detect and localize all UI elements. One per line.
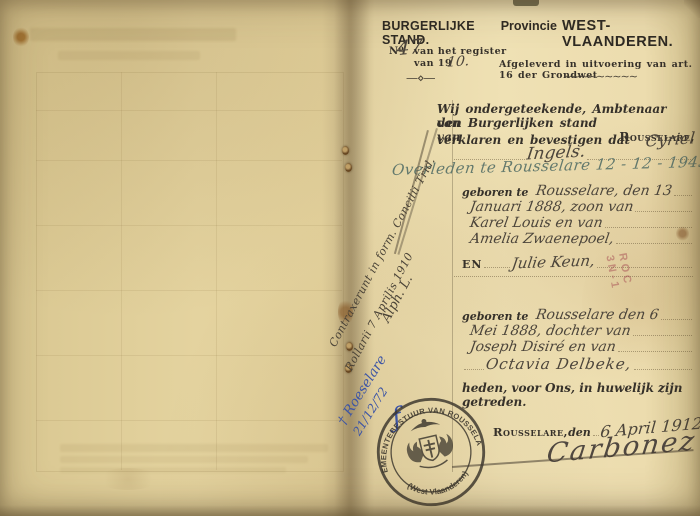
seal-bottom-text: (West Vlaanderen) <box>404 468 473 503</box>
bleedthrough-table-hline <box>36 225 342 226</box>
closing-row: heden, voor Ons, in huwelijk zijn getred… <box>462 381 692 409</box>
dotted-line <box>674 195 692 196</box>
blank-dotted-row <box>452 276 695 280</box>
bleedthrough-subtitle <box>58 51 200 60</box>
dotted-line <box>634 369 692 370</box>
bride-born-place: Rousselare den 6 <box>535 307 660 323</box>
bleedthrough-table-hline <box>36 110 342 111</box>
dotted-line <box>616 243 692 244</box>
bride-born-date-row: Mei 1888, dochter van <box>470 323 694 339</box>
bride-name: Julie Keun, <box>511 252 597 273</box>
svg-text:(West Vlaanderen): (West Vlaanderen) <box>404 468 473 503</box>
born-label: geboren te <box>462 186 528 199</box>
dotted-line <box>633 335 692 336</box>
bleedthrough-bottom-text <box>60 444 328 452</box>
bride-mother-row: Octavia Delbeke, <box>462 355 694 373</box>
bleedthrough-table-vline <box>216 72 217 470</box>
bride-born-date: Mei 1888, dochter van <box>469 323 632 339</box>
bleedthrough-table-frame <box>36 72 344 472</box>
binding-eyelet <box>342 146 349 155</box>
death-annotation-text: Overleden te Rousselare 12 - 12 - 1945 <box>391 153 700 179</box>
bottom-paper-edge <box>0 505 700 516</box>
groom-mother-row: Amelia Zwaenepoel, <box>470 231 694 247</box>
seal-coat-of-arms <box>401 414 457 472</box>
groom-mother-name: Amelia Zwaenepoel, <box>469 231 615 247</box>
closing-text: heden, voor Ons, in huwelijk zijn getred… <box>462 381 692 409</box>
bleedthrough-table-vline <box>121 72 122 470</box>
groom-father-name: Karel Louis en van <box>469 215 604 231</box>
bride-father-row: Joseph Disiré en van <box>470 339 694 355</box>
groom-father-row: Karel Louis en van <box>470 215 694 231</box>
page-fold-shadow <box>334 0 370 516</box>
bride-born-row: geboren te Rousselare den 6 <box>462 307 694 323</box>
ornament-dash: —⋄— <box>406 71 435 85</box>
groom-born-date-row: Januari 1888, zoon van <box>470 199 694 215</box>
bleedthrough-title <box>30 28 236 41</box>
corner-notch <box>684 0 700 18</box>
top-tab <box>513 0 539 6</box>
groom-born-row: geboren te Rousselare, den 13 <box>462 183 694 199</box>
dotted-line <box>661 319 692 320</box>
bleedthrough-table-hline <box>36 290 342 291</box>
born-label: geboren te <box>462 310 528 323</box>
groom-born-date: Januari 1888, zoon van <box>469 199 635 215</box>
and-label: EN <box>462 258 482 271</box>
scanned-certificate-photo: BURGERLIJKE STAND. Provincie WEST-VLAAND… <box>0 0 700 516</box>
bride-mother-name: Octavia Delbeke, <box>485 355 633 373</box>
bride-father-name: Joseph Disiré en van <box>469 339 617 355</box>
bleedthrough-table-hline <box>36 355 342 356</box>
death-annotation-groom: Overleden te Rousselare 12 - 12 - 1945 <box>392 152 696 179</box>
register-year-value: 10. <box>446 53 470 71</box>
pen-stroke <box>397 128 437 255</box>
rust-stain <box>13 27 29 47</box>
groom-born-place: Rousselare, den 13 <box>535 183 673 199</box>
province-name: WEST-VLAANDEREN. <box>562 18 694 50</box>
province-label: Provincie <box>501 19 557 33</box>
and-row: EN Julie Keun, <box>462 253 694 271</box>
bleedthrough-bottom-text <box>60 467 286 473</box>
dotted-line <box>464 369 484 370</box>
dotted-line <box>454 276 693 277</box>
soft-discoloration <box>96 468 160 490</box>
dotted-line <box>605 227 692 228</box>
dotted-line <box>635 211 692 212</box>
dotted-line <box>618 351 692 352</box>
bleedthrough-table-hline <box>36 420 342 421</box>
dotted-line <box>484 267 510 268</box>
bleedthrough-table-hline <box>36 160 342 161</box>
bleedthrough-bottom-text <box>60 456 308 463</box>
binding-eyelet <box>345 163 352 172</box>
pen-stroke <box>394 130 429 254</box>
ornament-wave: ∼∼∼∼∼∼∼∼∼ <box>563 70 637 83</box>
